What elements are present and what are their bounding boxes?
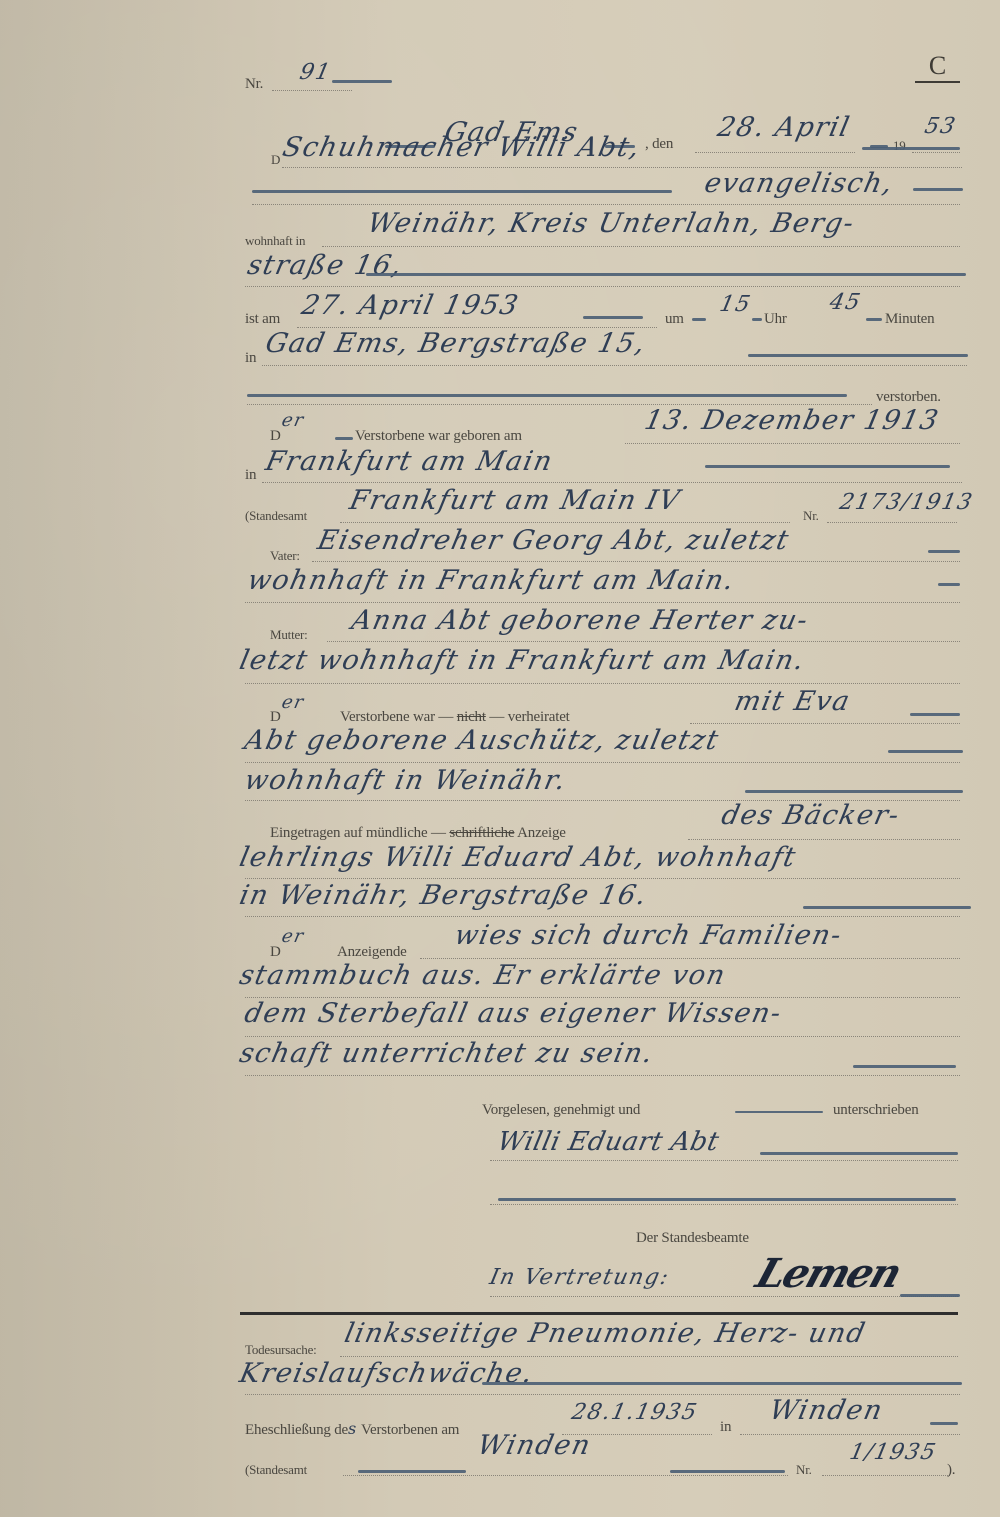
informant-dotted-line-4 [245, 1075, 960, 1076]
marriage-line-1: mit Eva [732, 686, 854, 717]
marriage-line-2: Abt geborene Auschütz, zuletzt [242, 725, 722, 756]
filler-dash [752, 318, 762, 321]
filler-dash [583, 316, 643, 319]
filler-dash [760, 1152, 958, 1155]
read-approved-label-part2: unterschrieben [833, 1102, 919, 1119]
date-dotted-line [695, 152, 855, 153]
filler-dash [705, 465, 950, 468]
marriage-record-de-suffix: s [348, 1419, 358, 1438]
father-label: Vater: [270, 548, 300, 564]
father-dotted-line-1 [312, 561, 960, 562]
marriage-standesamt: Winden [475, 1430, 595, 1461]
birth-place: Frankfurt am Main [263, 446, 556, 477]
marriage-record-place-dotted-line [740, 1434, 960, 1435]
registration-label-part1: Eingetragen auf mündliche — [270, 825, 446, 841]
informant-dotted-line-3 [245, 1036, 960, 1037]
filler-dash [803, 906, 971, 909]
birth-date-label: Verstorbene war geboren am [355, 428, 522, 445]
cause-of-death-line-1: linksseitige Pneumonie, Herz- und [342, 1318, 869, 1349]
death-um-label: um [665, 311, 684, 328]
filler-dash [692, 318, 706, 321]
filler-dash [910, 713, 960, 716]
register-series: C [915, 53, 960, 79]
residence-dotted-line-1 [322, 246, 960, 247]
filler-dash [866, 318, 882, 321]
deceased-occupation-name: Schuhmacher Willi Abt, [280, 132, 644, 163]
filler-dash [888, 750, 963, 753]
informant-d-suffix: er [280, 926, 307, 947]
marriage-record-date: 28.1.1935 [569, 1400, 700, 1425]
marriage-record-label-part2: Verstorbenen am [361, 1422, 459, 1438]
marriage-d-suffix: er [280, 692, 307, 713]
residence-line-1: Weinähr, Kreis Unterlahn, Berg- [365, 208, 858, 239]
registrar-signature: Lemen [750, 1250, 906, 1297]
section-divider-rule [240, 1312, 958, 1315]
registration-line-3: in Weinähr, Bergstraße 16. [237, 880, 651, 911]
death-date-label: ist am [245, 311, 280, 328]
birth-date-dotted-line [625, 443, 960, 444]
filler-dash [482, 1382, 962, 1385]
informant-dotted-line-1 [420, 958, 960, 959]
filler-dash [247, 394, 847, 397]
marriage-record-place: Winden [767, 1395, 887, 1426]
residence-dotted-line-2 [245, 286, 960, 287]
mother-line-1: Anna Abt geborene Herter zu- [349, 605, 812, 636]
father-line-1: Eisendreher Georg Abt, zuletzt [315, 525, 793, 556]
marriage-record-in-label: in [720, 1419, 731, 1436]
registration-dotted-line-2 [245, 878, 960, 879]
marriage-status-label-part1: Verstorbene war — [340, 709, 453, 725]
marriage-nr-value: 1/1935 [847, 1440, 939, 1465]
death-minutes-label: Minuten [885, 311, 934, 328]
filler-dash [900, 1294, 960, 1297]
father-dotted-line-2 [245, 602, 960, 603]
informant-line-2: stammbuch aus. Er erklärte von [237, 960, 729, 991]
marriage-record-label-part1: Eheschließung de [245, 1422, 348, 1438]
informant-signature: Willi Eduart Abt [495, 1127, 722, 1157]
filler-dash [853, 1065, 956, 1068]
father-line-2: wohnhaft in Frankfurt am Main. [245, 565, 738, 596]
register-nr-label: Nr. [245, 76, 263, 93]
registration-dotted-line-3 [245, 916, 960, 917]
birth-nr-dotted-line [827, 522, 957, 523]
birth-d-suffix: er [280, 410, 307, 431]
birth-nr-value: 2173/1913 [837, 490, 975, 515]
marriage-record-label: Eheschließung des Verstorbenen am [245, 1419, 459, 1439]
record-date: 28. April [715, 112, 854, 143]
marriage-line-3: wohnhaft in Weinähr. [242, 765, 570, 796]
filler-dash [358, 1470, 466, 1473]
page-gutter-shadow [0, 0, 230, 1517]
marriage-dotted-line-2 [245, 762, 960, 763]
registration-label-part2: Anzeige [517, 825, 566, 841]
filler-dash [252, 190, 672, 193]
register-nr-dotted-line [272, 90, 352, 91]
birth-place-dotted-line [262, 482, 962, 483]
marriage-nr-dotted-line [822, 1475, 950, 1476]
filler-dash [938, 583, 960, 586]
struck-word-schriftliche: schriftliche [449, 825, 514, 841]
deceased-religion: evangelisch, [702, 168, 897, 199]
registration-dotted-line-1 [688, 839, 960, 840]
marriage-status-label: Verstorbene war — nicht — verheiratet [340, 709, 570, 726]
filler-dash [748, 354, 968, 357]
death-place: Gad Ems, Bergstraße 15, [263, 328, 649, 359]
filler-dash [745, 790, 963, 793]
marriage-record-closing: ). [947, 1462, 955, 1479]
death-hour: 15 [717, 292, 753, 317]
mother-label: Mutter: [270, 627, 308, 643]
register-nr-value: 91 [297, 60, 333, 85]
residence-label: wohnhaft in [245, 233, 305, 249]
death-uhr-label: Uhr [764, 311, 787, 328]
mother-line-2: letzt wohnhaft in Frankfurt am Main. [237, 645, 808, 676]
birth-date: 13. Dezember 1913 [642, 405, 943, 436]
residence-line-2: straße 16, [245, 250, 406, 281]
birth-place-label: in [245, 467, 256, 484]
marriage-nr-label: Nr. [796, 1462, 812, 1478]
death-place-dotted-line [262, 365, 967, 366]
filler-dash [366, 273, 966, 276]
registrar-label: Der Standesbeamte [636, 1230, 749, 1247]
cause-dotted-line-1 [340, 1356, 958, 1357]
birth-standesamt-dotted-line [340, 522, 790, 523]
registration-line-1: des Bäcker- [719, 800, 903, 831]
year-dotted-line [912, 152, 960, 153]
death-date: 27. April 1953 [299, 290, 522, 321]
filler-dash [862, 147, 960, 150]
registrar-prefix: In Vertretung: [487, 1265, 672, 1290]
marriage-dotted-line-1 [690, 723, 960, 724]
filler-dash [335, 437, 353, 440]
marriage-standesamt-dotted-line [343, 1475, 788, 1476]
filler-dash [332, 80, 392, 83]
witness-signature-dotted-line [490, 1204, 958, 1205]
document-page: Nr. 91 C Gad Ems , den 28. April 19 53 D… [0, 0, 1000, 1517]
informant-signature-dotted-line [490, 1160, 958, 1161]
verstorben-label: verstorben. [876, 389, 941, 406]
filler-dash [930, 1422, 958, 1425]
filler-dash [670, 1470, 785, 1473]
den-label: , den [645, 136, 673, 153]
informant-line-4: schaft unterrichtet zu sein. [237, 1038, 657, 1069]
mother-dotted-line-1 [327, 641, 960, 642]
struck-word-nicht: nicht [457, 709, 486, 725]
death-minutes: 45 [827, 290, 863, 315]
mother-dotted-line-2 [245, 683, 960, 684]
record-year: 53 [922, 114, 958, 139]
registration-line-2: lehrlings Willi Eduard Abt, wohnhaft [237, 842, 800, 873]
informant-label: Anzeigende [337, 944, 407, 961]
filler-dash [735, 1111, 823, 1113]
filler-dash [913, 188, 963, 191]
birth-nr-label: Nr. [803, 508, 819, 524]
death-place-label: in [245, 350, 256, 367]
filler-dash [928, 550, 960, 553]
marriage-standesamt-label: (Standesamt [245, 1462, 307, 1478]
marriage-status-label-part2: — verheiratet [489, 709, 569, 725]
birth-standesamt-label: (Standesamt [245, 508, 307, 524]
informant-line-3: dem Sterbefall aus eigener Wissen- [242, 998, 785, 1029]
register-series-fraction: C [915, 53, 960, 85]
religion-dotted-line [252, 204, 960, 205]
registration-label: Eingetragen auf mündliche — schriftliche… [270, 825, 566, 842]
deceased-d-prefix: D [271, 152, 280, 168]
cause-of-death-label: Todesursache: [245, 1342, 317, 1358]
fraction-bar [915, 81, 960, 83]
century-prefix: 19 [893, 138, 906, 154]
informant-line-1: wies sich durch Familien- [452, 920, 846, 951]
birth-standesamt: Frankfurt am Main IV [347, 485, 684, 516]
filler-dash [498, 1198, 956, 1201]
read-approved-label-part1: Vorgelesen, genehmigt und [482, 1102, 640, 1119]
